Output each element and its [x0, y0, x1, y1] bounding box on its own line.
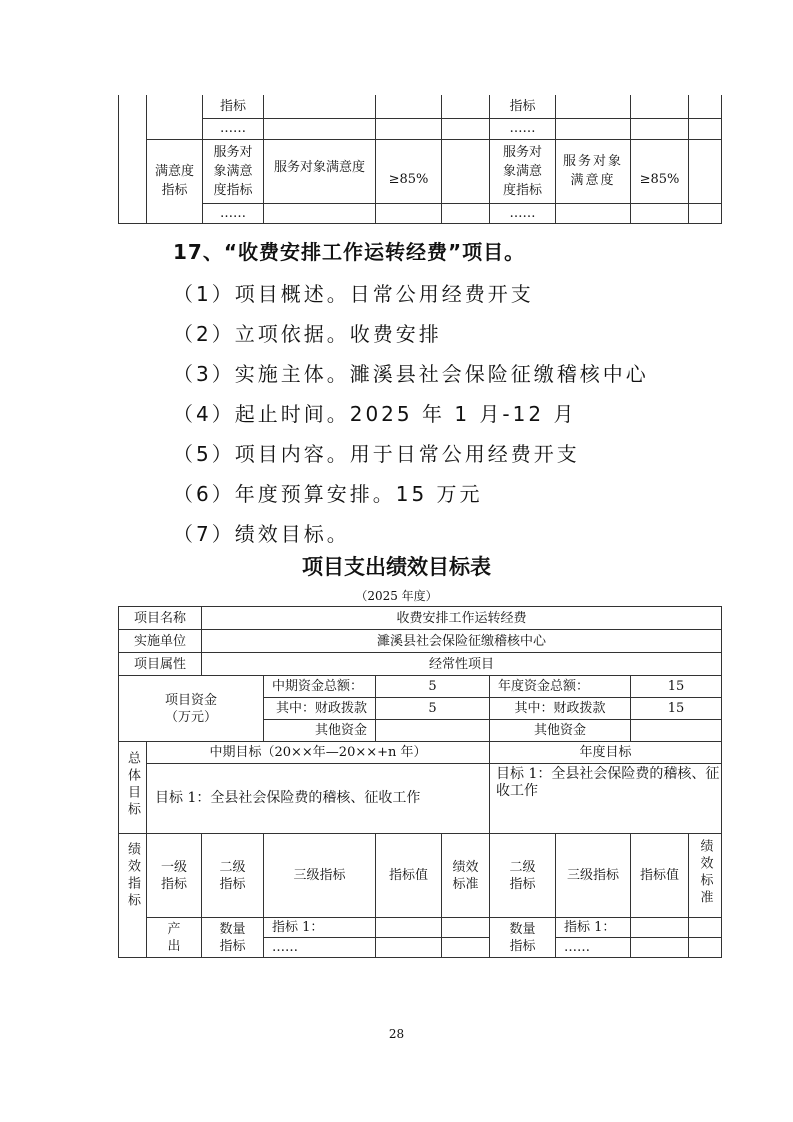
level3-indicator-right: 指标 1：: [556, 918, 631, 938]
project-name-label: 项目名称: [119, 607, 202, 630]
table-cell: [264, 118, 376, 139]
unit-label: 实施单位: [119, 630, 202, 653]
table-title: 项目支出绩效目标表: [0, 551, 793, 581]
table-cell: 服务对象满意度: [264, 139, 376, 203]
table-cell: [376, 918, 442, 938]
section-item: （5）项目内容。用于日常公用经费开支: [173, 438, 580, 467]
section-item: （7）绩效目标。: [173, 518, 350, 547]
funds-unit-text: （万元）: [119, 709, 263, 726]
section-item: （2）立项依据。收费安排: [173, 318, 442, 347]
table-cell: 满意度指标: [147, 139, 203, 223]
attr-value: 经常性项目: [202, 653, 722, 676]
project-name: 收费安排工作运转经费: [202, 607, 722, 630]
section-item: （1）项目概述。日常公用经费开支: [173, 278, 534, 307]
table-cell: [689, 918, 722, 938]
page-number: 28: [0, 1027, 793, 1041]
annual-other-label: 其他资金: [490, 720, 631, 742]
header-level1: 一级指标: [147, 834, 202, 918]
annual-other-value: [631, 720, 722, 742]
table-cell: [442, 918, 490, 938]
annual-fiscal-label: 其中：财政拨款: [490, 698, 631, 720]
table-cell: [556, 95, 631, 118]
section-item: （4）起止时间。2025 年 1 月-12 月: [173, 398, 576, 427]
section-item: （6）年度预算安排。15 万元: [173, 478, 483, 507]
table-cell: ……: [203, 118, 264, 139]
table-cell: 服务对象满意度: [556, 139, 631, 203]
header-value-right: 指标值: [631, 834, 689, 918]
table-cell: [376, 118, 442, 139]
table-cell: [442, 95, 490, 118]
annual-total-value: 15: [631, 676, 722, 698]
table-cell: [689, 203, 722, 223]
table-year: （2025 年度）: [0, 587, 793, 604]
table-cell: [689, 139, 722, 203]
funds-label: 项目资金 （万元）: [119, 676, 264, 742]
table-cell: 服务对象满意度指标: [203, 139, 264, 203]
table-cell: [689, 938, 722, 958]
header-value: 指标值: [376, 834, 442, 918]
satisfaction-indicator-table: 指标 指标 …… …… 满意度指标 服务对象满意度指标 服务对象满意度 ≥85%…: [118, 95, 722, 224]
table-cell: [376, 203, 442, 223]
table-cell: ≥85%: [631, 139, 689, 203]
level2-quantity-right: 数量指标: [490, 918, 556, 958]
table-cell: ……: [490, 203, 556, 223]
header-standard-right-text: 绩效标准: [697, 839, 714, 907]
annual-total-label: 年度资金总额：: [490, 676, 631, 698]
table-cell: ……: [203, 203, 264, 223]
mid-total-label: 中期资金总额：: [264, 676, 376, 698]
table-cell: 服务对象满意度指标: [490, 139, 556, 203]
overall-goal-label-text: 总体目标: [124, 751, 141, 819]
table-cell: [631, 95, 689, 118]
table-cell: [442, 139, 490, 203]
table-cell: [631, 918, 689, 938]
attr-label: 项目属性: [119, 653, 202, 676]
level3-indicator: 指标 1：: [264, 918, 376, 938]
table-cell: [556, 118, 631, 139]
header-standard: 绩效标准: [442, 834, 490, 918]
table-cell: [376, 95, 442, 118]
header-level2-right: 二级指标: [490, 834, 556, 918]
mid-goal-header: 中期目标（20××年—20××+n 年）: [147, 742, 490, 764]
perf-label: 绩效指标: [119, 834, 147, 958]
table-cell: 指标: [490, 95, 556, 118]
section-item: （3）实施主体。濉溪县社会保险征缴稽核中心: [173, 358, 649, 387]
level1-output: 产出: [147, 918, 202, 958]
mid-fiscal-value: 5: [376, 698, 490, 720]
table-cell: [147, 95, 203, 139]
mid-other-value: [376, 720, 490, 742]
table-cell: 指标: [203, 95, 264, 118]
header-level3: 三级指标: [264, 834, 376, 918]
mid-fiscal-label: 其中：财政拨款: [264, 698, 376, 720]
header-level2: 二级指标: [202, 834, 264, 918]
header-standard-right: 绩效标准: [689, 834, 722, 918]
table-cell: [631, 118, 689, 139]
level3-ellipsis-right: ……: [556, 938, 631, 958]
unit-value: 濉溪县社会保险征缴稽核中心: [202, 630, 722, 653]
performance-target-table: 项目名称 收费安排工作运转经费 实施单位 濉溪县社会保险征缴稽核中心 项目属性 …: [118, 606, 722, 958]
table-cell: [264, 203, 376, 223]
section-heading: 17、“收费安排工作运转经费”项目。: [173, 236, 525, 265]
table-cell: [119, 95, 147, 223]
table-cell: [689, 118, 722, 139]
level2-quantity: 数量指标: [202, 918, 264, 958]
table-cell: [631, 203, 689, 223]
table-cell: [264, 95, 376, 118]
overall-goal-label: 总体目标: [119, 742, 147, 834]
table-cell: [442, 118, 490, 139]
table-cell: ……: [490, 118, 556, 139]
mid-other-label: 其他资金: [264, 720, 376, 742]
table-cell: [689, 95, 722, 118]
perf-label-text: 绩效指标: [124, 842, 141, 910]
annual-fiscal-value: 15: [631, 698, 722, 720]
table-cell: [442, 938, 490, 958]
table-cell: [631, 938, 689, 958]
mid-goal: 目标 1：全县社会保险费的稽核、征收工作: [147, 764, 490, 834]
annual-goal-header: 年度目标: [490, 742, 722, 764]
funds-label-text: 项目资金: [119, 692, 263, 709]
mid-total-value: 5: [376, 676, 490, 698]
table-cell: [442, 203, 490, 223]
header-level3-right: 三级指标: [556, 834, 631, 918]
level3-ellipsis: ……: [264, 938, 376, 958]
annual-goal: 目标 1：全县社会保险费的稽核、征收工作: [490, 764, 722, 834]
table-cell: [376, 938, 442, 958]
table-cell: [556, 203, 631, 223]
table-cell: ≥85%: [376, 139, 442, 203]
